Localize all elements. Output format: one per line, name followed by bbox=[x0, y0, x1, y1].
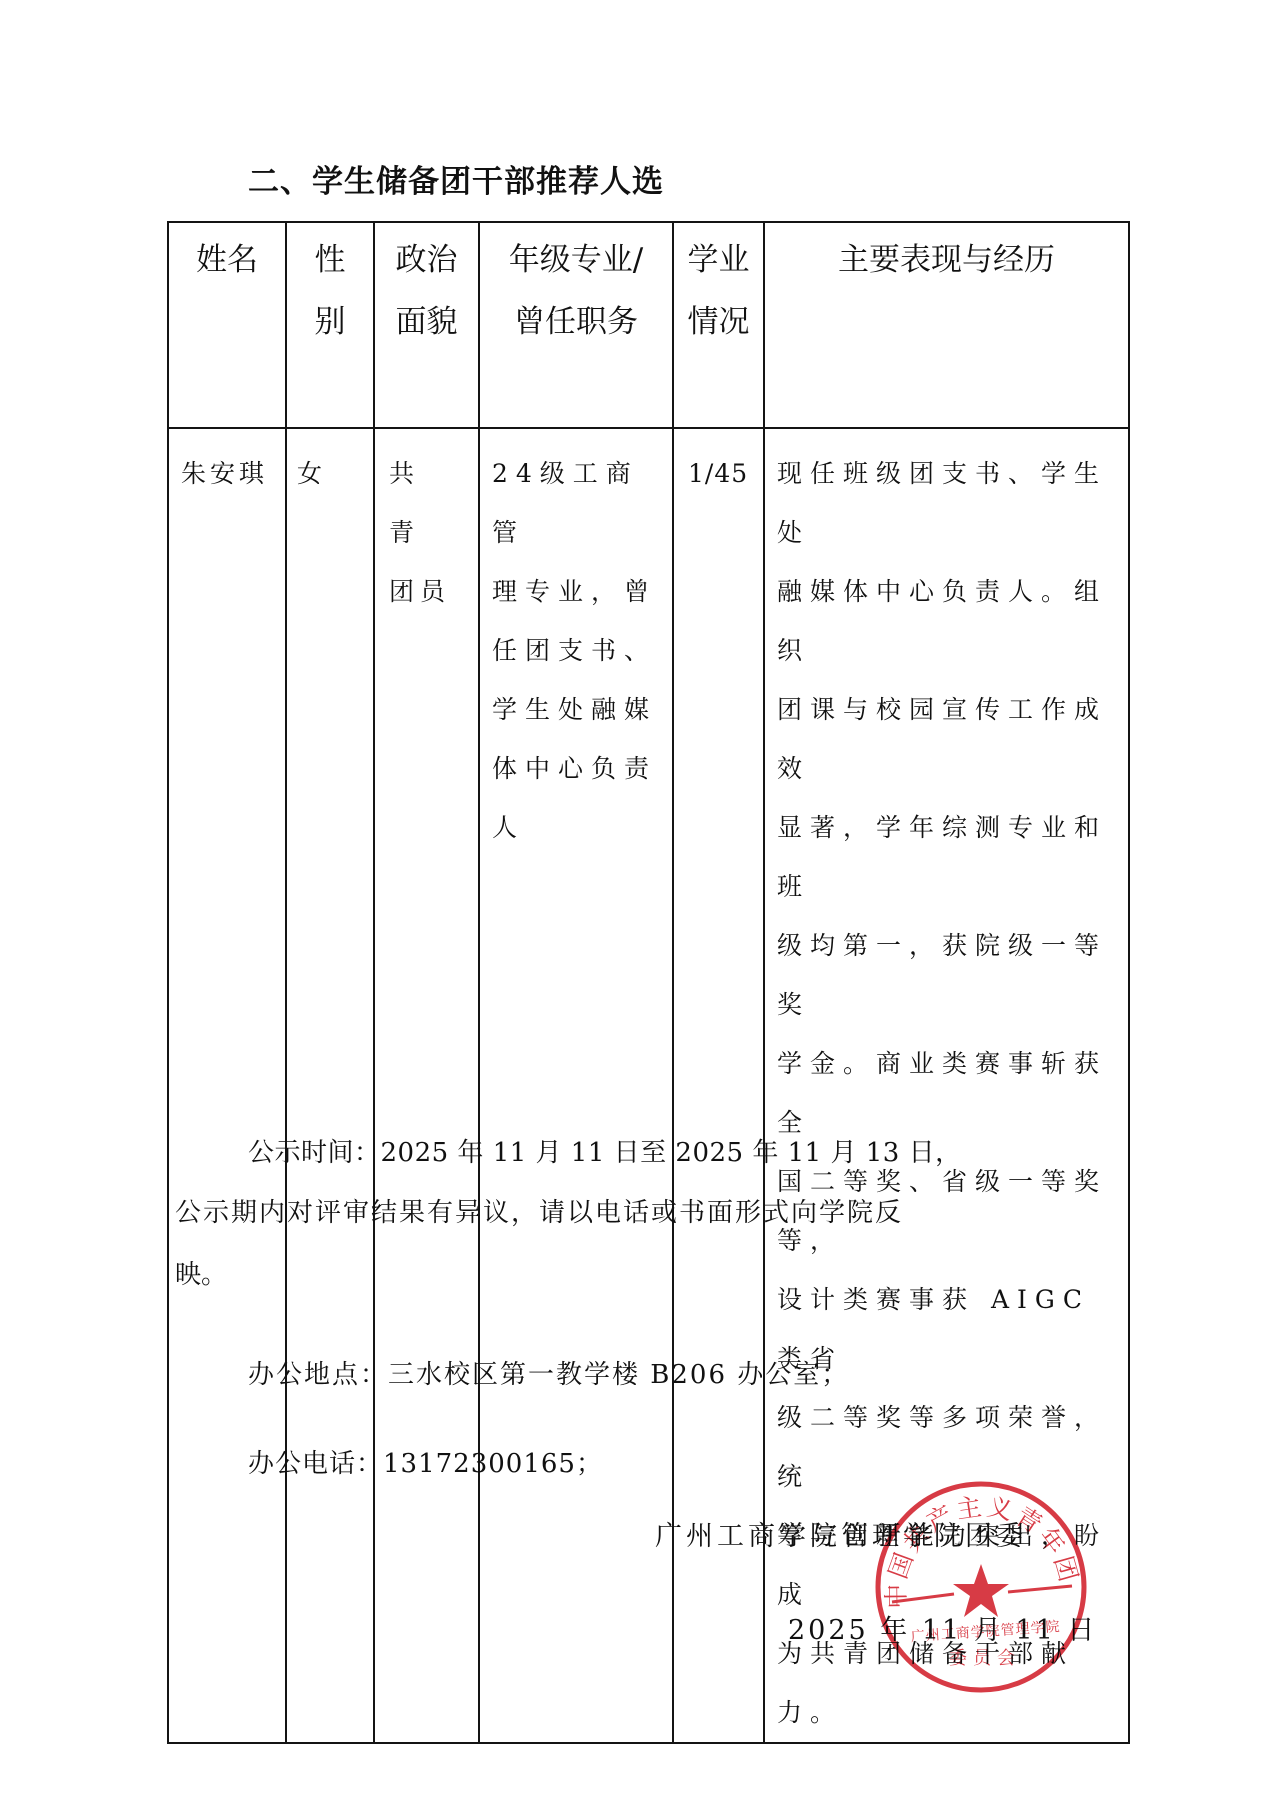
seal-bottom-text: 广州工商学院管理学院 bbox=[910, 1619, 1061, 1645]
cell-political-status: 共 青 团员 bbox=[374, 428, 479, 1743]
header-performance: 主要表现与经历 bbox=[764, 222, 1129, 428]
official-seal-icon: 中国共产主义青年团 广州工商学院管理学院 委员会 bbox=[872, 1478, 1090, 1696]
table-header-row: 姓名 性 别 政治 面貌 年级专业/ 曾任职务 学业 情况 主要表现与经历 bbox=[168, 222, 1129, 428]
cell-gender: 女 bbox=[286, 428, 374, 1743]
header-political-status: 政治 面貌 bbox=[374, 222, 479, 428]
header-grade-major: 年级专业/ 曾任职务 bbox=[479, 222, 673, 428]
notice-period: 公示时间：2025 年 11 月 11 日至 2025 年 11 月 13 日， bbox=[248, 1122, 962, 1184]
header-gender: 性 别 bbox=[286, 222, 374, 428]
seal-center-text: 委员会 bbox=[949, 1648, 1021, 1669]
office-phone: 办公电话：13172300165； bbox=[248, 1433, 603, 1495]
header-name: 姓名 bbox=[168, 222, 286, 428]
cell-grade-major: 24级工商管 理专业，曾 任团支书、 学生处融媒 体中心负责 人 bbox=[479, 428, 673, 1743]
header-academic: 学业 情况 bbox=[673, 222, 764, 428]
office-location: 办公地点：三水校区第一教学楼 B206 办公室； bbox=[248, 1344, 849, 1406]
notice-objection: 公示期内对评审结果有异议，请以电话或书面形式向学院反 bbox=[175, 1182, 903, 1244]
section-title: 二、学生储备团干部推荐人选 bbox=[248, 156, 664, 201]
notice-objection-end: 映。 bbox=[175, 1244, 227, 1306]
cell-name: 朱安琪 bbox=[168, 428, 286, 1743]
